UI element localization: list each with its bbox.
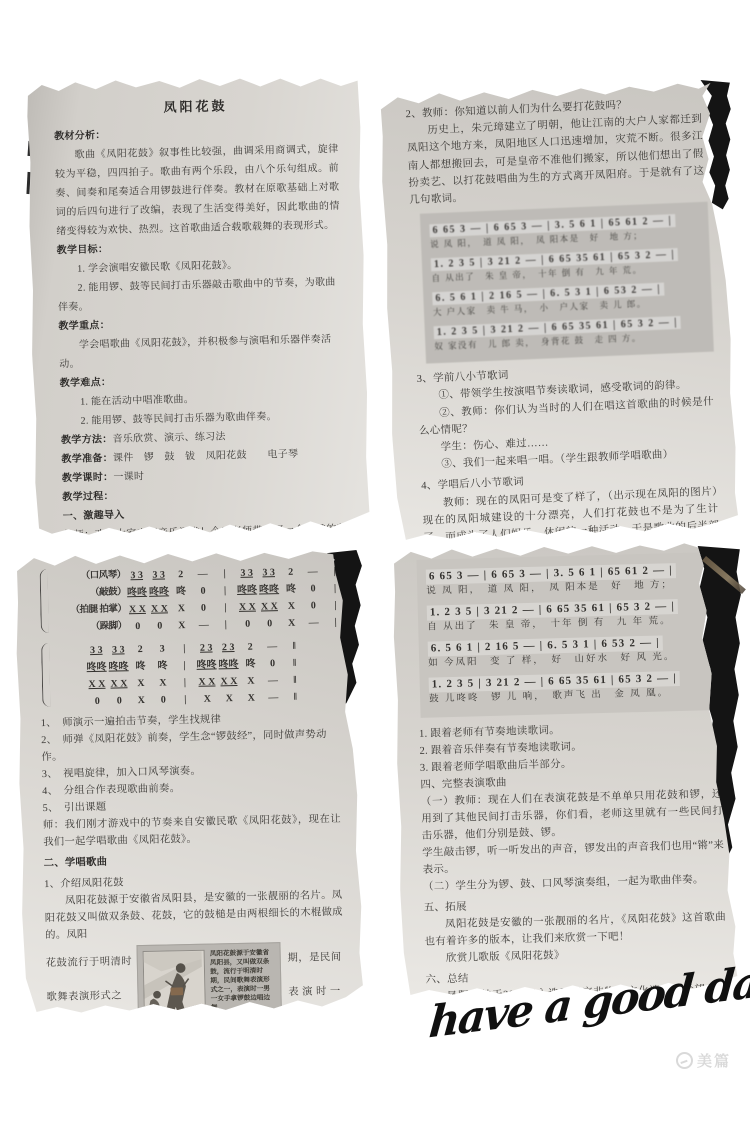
dancers-illustration — [144, 951, 204, 1035]
torn-edge-mark — [26, 172, 30, 194]
wrap-left-column: 花鼓流行于明清时歌舞表演形式之一，男一女手拿锣鼓边 — [45, 945, 135, 1083]
text-line: （一）教师：现在人们在表演花鼓是不单单只用花鼓和锣，还用到了其他民间打击乐器，你… — [421, 786, 724, 845]
page-bottom-left: （口风琴）3 33 32—|3 33 32—| （敲鼓）咚咚咚咚咚0|咚咚咚咚咚… — [13, 544, 367, 1015]
meipian-logo-icon — [676, 1052, 693, 1069]
rhythm-group-2: 3 33 323|2 32 32—‖ 咚咚咚咚咚咚|咚咚咚咚咚0‖ X XX X… — [39, 635, 338, 709]
photo-collage: 凤阳花鼓 教材分析： 歌曲《凤阳花鼓》叙事性比较强，曲调采用商调式，旋律较为平稳… — [0, 0, 750, 1125]
text-line: 师：我们刚才游戏中的节奏来自安徽民歌《凤阳花鼓》，现在让我们一起学唱歌曲《凤阳花… — [43, 811, 342, 851]
text-line: 唱边舞。 — [289, 1009, 346, 1044]
text-line: 歌舞表演形式之一， — [46, 979, 135, 1049]
text-line: 学会唱歌曲《凤阳花鼓》，并积极参与演唱和乐器伴奏活动。 — [59, 330, 344, 374]
score-row: 1. 2 3 5 | 3 21 2 — | 6 65 35 61 | 65 3 … — [429, 667, 716, 705]
text-line: 花鼓流行于明清时 — [45, 945, 133, 981]
music-score-new-lyrics: 6 65 3 — | 6 65 3 — | 3. 5 6 1 | 65 61 2… — [417, 552, 725, 718]
page-bottom-right: 6 65 3 — | 6 65 3 — | 3. 5 6 1 | 65 61 2… — [390, 538, 744, 999]
score-row: 6. 5 6 1 | 2 16 5 — | 6. 5 3 1 | 6 53 2 … — [428, 631, 715, 669]
text-line: 二、学唱歌曲 — [44, 849, 342, 872]
text-line: 历史上，朱元璋建立了明朝，他让江南的大户人家都迁到凤阳这个地方来，凤阳地区人口迅… — [406, 111, 705, 209]
score-row: 1. 2 3 5 | 3 21 2 — | 6 65 35 61 | 65 3 … — [427, 595, 714, 633]
score-row: 1. 2 3 5 | 3 21 2 — | 6 65 35 61 | 65 3 … — [433, 311, 704, 352]
wrap-right-column: 期，是民间表 演 时 一唱边舞。 — [287, 941, 346, 1078]
watermark-text: 美篇 — [697, 1050, 731, 1071]
system-brace — [41, 643, 50, 707]
text-line: 2. 能用锣、鼓等民间打击乐器敲击歌曲中的节奏，为歌曲伴奏。 — [57, 273, 342, 317]
inset-figure-box: 凤阳花鼓源于安徽省凤阳县，又叫做双条鼓，流行于明清时期，民间歌舞表演形式之一，表… — [137, 942, 283, 1042]
text-line: 凤阳花鼓源于安徽省凤阳县，是安徽的一张靓丽的名片。凤阳花鼓又叫做双条鼓、花鼓，它… — [44, 887, 343, 944]
flower-drum-dancers-image — [143, 950, 207, 1038]
page-top-right: 2、教师：你知道以前人们为什么要打花鼓吗？ 历史上，朱元璋建立了明朝，他让江南的… — [377, 77, 742, 543]
score-row: 6 65 3 — | 6 65 3 — | 3. 5 6 1 | 65 61 2… — [426, 559, 713, 597]
system-brace — [40, 569, 49, 633]
page-title: 凤阳花鼓 — [53, 93, 337, 118]
page-bl-body: 1、 师演示一遍拍击节奏，学生找规律 2、 师弹《凤阳花鼓》前奏，学生念“锣鼓经… — [41, 709, 344, 944]
text-line: 期，是民间 — [287, 941, 344, 976]
inset-caption: 凤阳花鼓源于安徽省凤阳县，又叫做双条鼓，流行于明清时期，民间歌舞表演形式之一，表… — [210, 948, 276, 1034]
text-line: 男一女手拿锣鼓边 — [48, 1047, 136, 1083]
wrapped-text-with-inset: 花鼓流行于明清时歌舞表演形式之一，男一女手拿锣鼓边 凤阳 — [45, 941, 346, 1083]
page-top-left: 凤阳花鼓 教材分析： 歌曲《凤阳花鼓》叙事性比较强，曲调采用商调式，旋律较为平稳… — [25, 72, 371, 538]
music-score-old-lyrics: 6 65 3 — | 6 65 3 — | 3. 5 6 1 | 65 61 2… — [420, 202, 714, 364]
meipian-watermark: 美篇 — [676, 1050, 731, 1071]
page-tl-body: 教材分析： 歌曲《凤阳花鼓》叙事性比较强，曲调采用商调式，旋律较为平稳，四四拍子… — [54, 121, 348, 564]
rhythm-group-1: （口风琴）3 33 32—|3 33 32—| （敲鼓）咚咚咚咚咚0|咚咚咚咚咚… — [38, 561, 337, 635]
page-tr-body-top: 2、教师：你知道以前人们为什么要打花鼓吗？ 历史上，朱元璋建立了明朝，他让江南的… — [405, 94, 705, 210]
text-line: 表 演 时 一 — [288, 975, 345, 1010]
text-line: 歌曲《凤阳花鼓》叙事性比较强，曲调采用商调式，旋律较为平稳，四四拍子。歌曲有两个… — [54, 140, 340, 241]
